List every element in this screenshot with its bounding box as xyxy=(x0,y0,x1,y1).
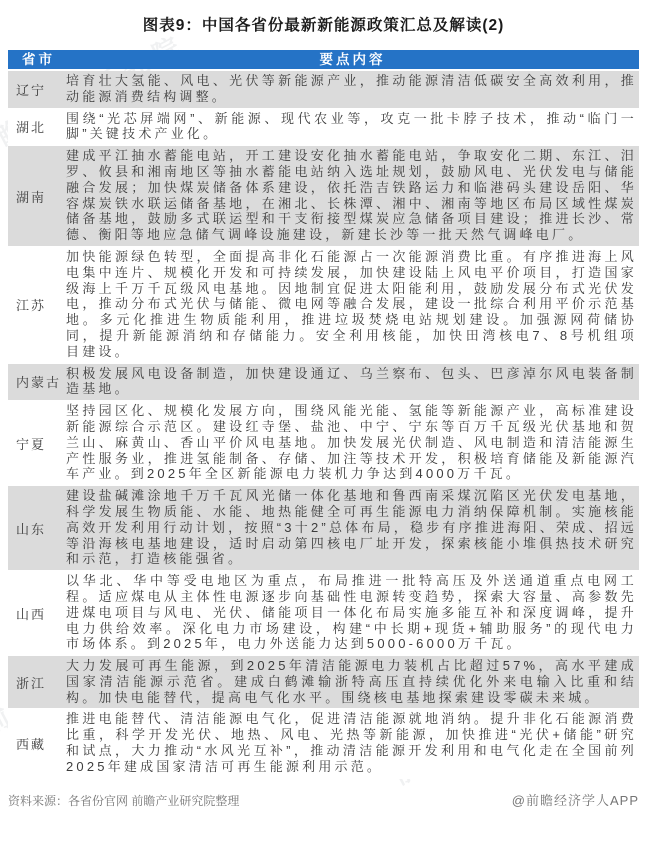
header-cell-content: 要点内容 xyxy=(66,50,639,69)
province-cell: 西藏 xyxy=(8,709,66,777)
policy-content-cell: 建设盐碱滩涂地千万千瓦风光储一体化基地和鲁西南采煤沉陷区光伏发电基地，科学发展生… xyxy=(66,486,639,570)
header-cell-province: 省市 xyxy=(8,50,66,69)
table-header-row: 省市 要点内容 xyxy=(8,50,639,69)
policy-content-cell: 围绕“光芯屏端网”、新能源、现代农业等，攻克一批卡脖子技术，推动“临门一脚”关键… xyxy=(66,109,639,146)
policy-content-cell: 加快能源绿色转型，全面提高非化石能源占一次能源消费比重。有序推进海上风电集中连片… xyxy=(66,247,639,363)
table-row: 山东 建设盐碱滩涂地千万千瓦风光储一体化基地和鲁西南采煤沉陷区光伏发电基地，科学… xyxy=(8,486,639,571)
app-credit: @前瞻经济学人APP xyxy=(512,790,639,809)
table-row: 辽宁 培育壮大氢能、风电、光伏等新能源产业，推动能源清洁低碳安全高效利用，推动能… xyxy=(8,71,639,109)
table-row: 山西 以华北、华中等受电地区为重点，布局推进一批特高压及外送通道重点电网工程。适… xyxy=(8,571,639,656)
figure-footer: 资料来源：各省份官网 前瞻产业研究院整理 @前瞻经济学人APP xyxy=(8,790,639,809)
policy-content-cell: 大力发展可再生能源，到2025年清洁能源电力装机占比超过57%，高水平建成国家清… xyxy=(66,656,639,708)
province-cell: 宁夏 xyxy=(8,401,66,485)
table-row: 浙江 大力发展可再生能源，到2025年清洁能源电力装机占比超过57%，高水平建成… xyxy=(8,656,639,709)
province-cell: 山西 xyxy=(8,571,66,655)
figure-title: 图表9：中国各省份最新新能源政策汇总及解读(2) xyxy=(0,0,647,35)
table-row: 西藏 推进电能替代、清洁能源电气化，促进清洁能源就地消纳。提升非化石能源消费比重… xyxy=(8,709,639,778)
source-note: 资料来源：各省份官网 前瞻产业研究院整理 xyxy=(8,792,239,809)
policy-content-cell: 推进电能替代、清洁能源电气化，促进清洁能源就地消纳。提升非化石能源消费比重，科学… xyxy=(66,709,639,777)
province-cell: 湖南 xyxy=(8,146,66,246)
table-row: 宁夏 坚持园区化、规模化发展方向，围绕风能光能、氢能等新能源产业，高标准建设新能… xyxy=(8,401,639,486)
table-row: 湖南 建成平江抽水蓄能电站，开工建设安化抽水蓄能电站，争取安化二期、东江、汨罗、… xyxy=(8,146,639,247)
policy-content-cell: 积极发展风电设备制造，加快建设通辽、乌兰察布、包头、巴彦淖尔风电装备制造基地。 xyxy=(66,364,639,401)
table-row: 江苏 加快能源绿色转型，全面提高非化石能源占一次能源消费比重。有序推进海上风电集… xyxy=(8,247,639,364)
province-cell: 湖北 xyxy=(8,109,66,146)
province-cell: 辽宁 xyxy=(8,71,66,108)
policy-table: 省市 要点内容 辽宁 培育壮大氢能、风电、光伏等新能源产业，推动能源清洁低碳安全… xyxy=(8,50,639,779)
province-cell: 内蒙古 xyxy=(8,364,66,401)
table-body: 辽宁 培育壮大氢能、风电、光伏等新能源产业，推动能源清洁低碳安全高效利用，推动能… xyxy=(8,71,639,779)
policy-content-cell: 坚持园区化、规模化发展方向，围绕风能光能、氢能等新能源产业，高标准建设新能源综合… xyxy=(66,401,639,485)
province-cell: 山东 xyxy=(8,486,66,570)
policy-content-cell: 建成平江抽水蓄能电站，开工建设安化抽水蓄能电站，争取安化二期、东江、汨罗、攸县和… xyxy=(66,146,639,246)
province-cell: 江苏 xyxy=(8,247,66,363)
policy-content-cell: 培育壮大氢能、风电、光伏等新能源产业，推动能源清洁低碳安全高效利用，推动能源消费… xyxy=(66,71,639,108)
table-row: 内蒙古 积极发展风电设备制造，加快建设通辽、乌兰察布、包头、巴彦淖尔风电装备制造… xyxy=(8,364,639,402)
policy-content-cell: 以华北、华中等受电地区为重点，布局推进一批特高压及外送通道重点电网工程。适应煤电… xyxy=(66,571,639,655)
table-row: 湖北 围绕“光芯屏端网”、新能源、现代农业等，攻克一批卡脖子技术，推动“临门一脚… xyxy=(8,109,639,147)
province-cell: 浙江 xyxy=(8,656,66,708)
